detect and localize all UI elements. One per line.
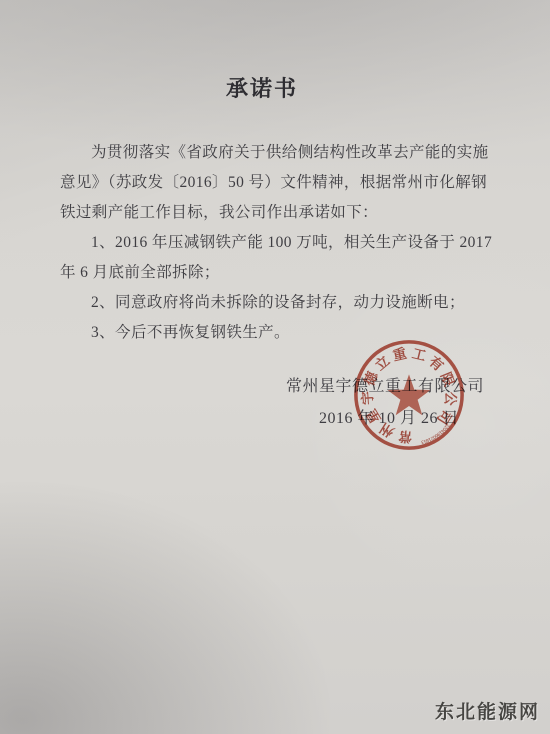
svg-text:宇: 宇: [359, 390, 376, 405]
svg-text:工: 工: [411, 346, 428, 364]
body-line: 年 6 月底前全部拆除；: [60, 258, 506, 288]
body-line: 为贯彻落实《省政府关于供给侧结构性改革去产能的实施: [60, 138, 506, 168]
watermark-text: 东北能源网: [435, 697, 540, 724]
company-seal-graphic: 常州星宇德立重工有限公司3204196021853: [350, 336, 468, 454]
svg-text:限: 限: [438, 370, 457, 389]
body-line: 铁过剩产能工作目标，我公司作出承诺如下：: [60, 198, 506, 228]
document-title: 承诺书: [0, 72, 524, 103]
document-photo: 承诺书 为贯彻落实《省政府关于供给侧结构性改革去产能的实施 意见》（苏政发〔20…: [0, 0, 550, 734]
svg-text:常: 常: [398, 428, 413, 445]
body-line: 2、同意政府将尚未拆除的设备封存，动力设施断电；: [60, 288, 506, 318]
svg-text:州: 州: [377, 420, 397, 440]
body-line: 意见》（苏政发〔2016〕50 号）文件精神，根据常州市化解钢: [60, 168, 506, 198]
company-seal: 常州星宇德立重工有限公司3204196021853: [350, 336, 468, 454]
svg-text:重: 重: [391, 345, 408, 364]
document-body: 为贯彻落实《省政府关于供给侧结构性改革去产能的实施 意见》（苏政发〔2016〕5…: [60, 138, 506, 348]
svg-text:公: 公: [442, 391, 458, 406]
svg-text:3: 3: [420, 439, 425, 446]
svg-text:星: 星: [363, 406, 383, 426]
star-icon: [387, 374, 430, 415]
body-line: 1、2016 年压减钢铁产能 100 万吨，相关生产设备于 2017: [60, 228, 506, 258]
